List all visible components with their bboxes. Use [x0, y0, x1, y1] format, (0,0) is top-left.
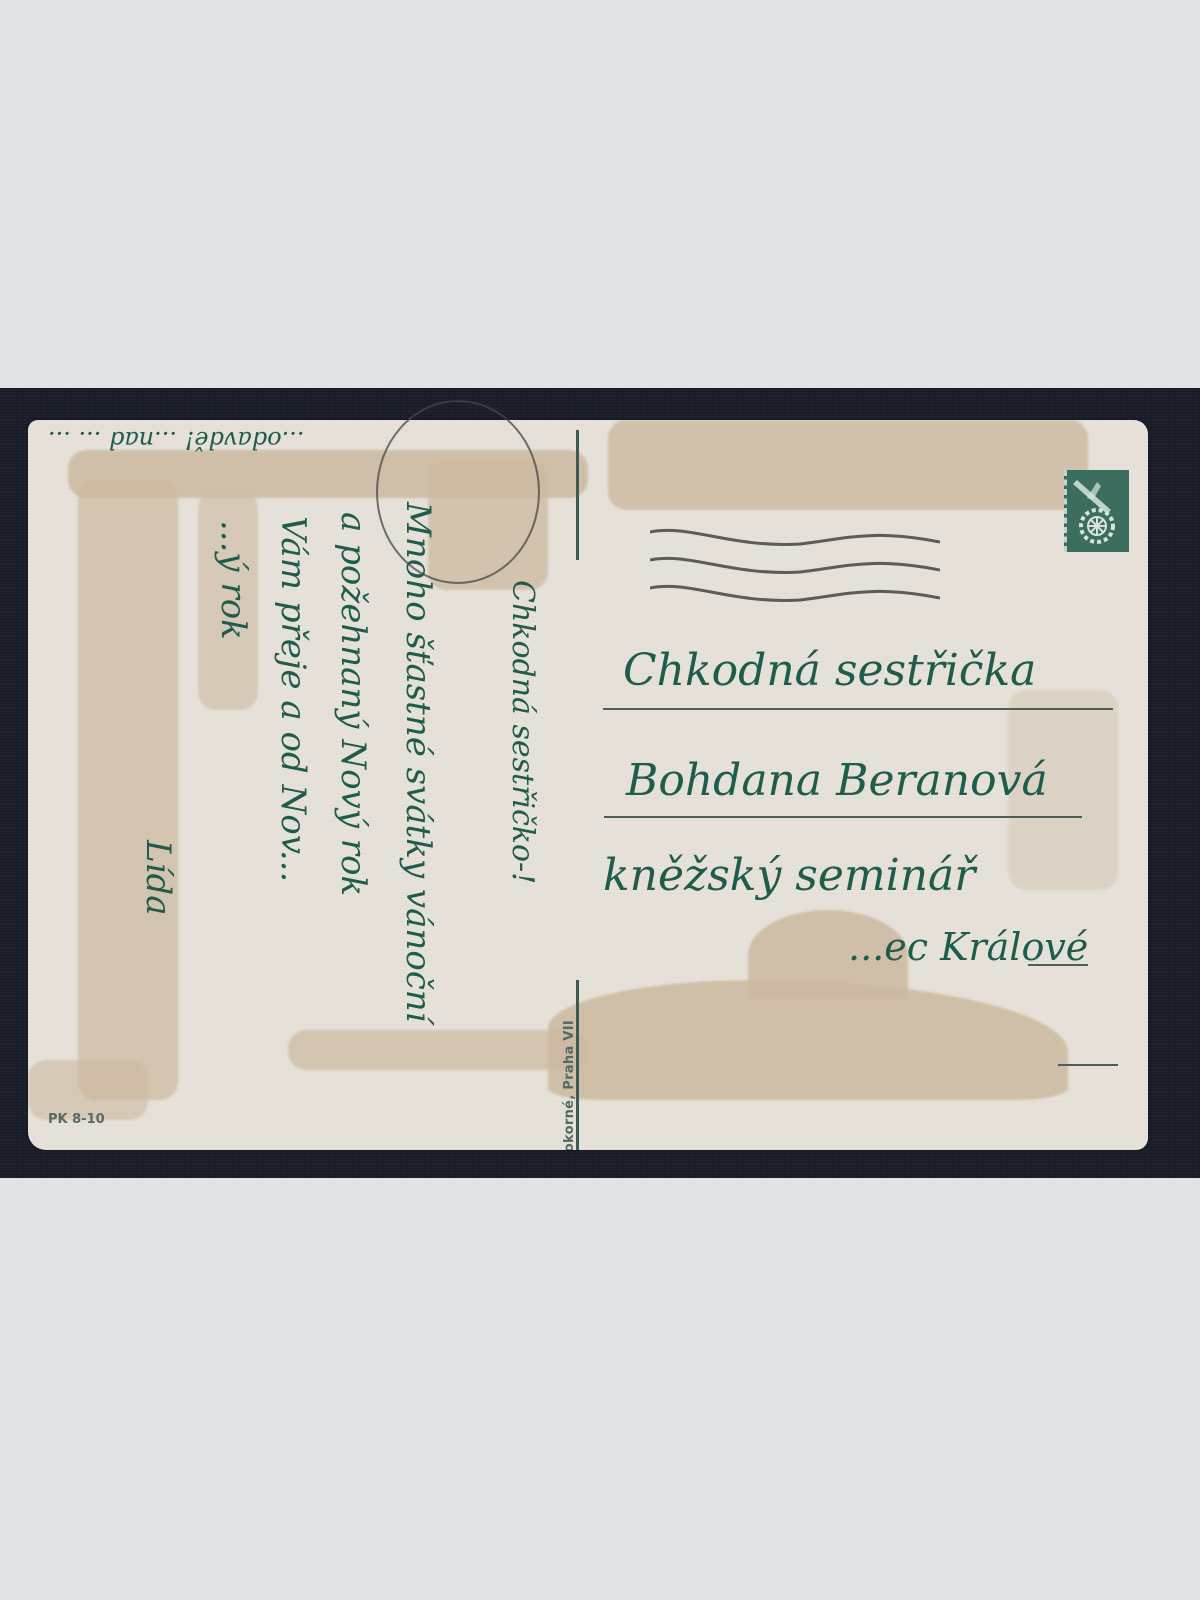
message-line-1: Mnoho šťastné svátky vánoční	[398, 502, 438, 1023]
tape-residue	[78, 480, 178, 1100]
message-line-2: a požehnaný Nový rok	[333, 512, 373, 896]
tape-residue	[608, 420, 1088, 510]
address-line-4: ...ec Králové	[848, 925, 1088, 969]
catalog-code: PK 8-10	[48, 1112, 105, 1127]
address-line-1: Chkodná sestřička	[623, 645, 1036, 696]
wavy-lines-cancellation-icon	[650, 520, 940, 610]
tape-residue	[288, 1030, 588, 1070]
message-greeting: Chkodná sestřičko-!	[505, 580, 540, 884]
postcard: Chkodná sestřička Bohdana Beranová kněžs…	[28, 420, 1148, 1150]
message-line-3: Vám přeje a od Nov...	[273, 516, 313, 882]
message-signature: Lída	[138, 840, 178, 916]
address-line-3: kněžský seminář	[603, 850, 975, 901]
address-rule	[1058, 1064, 1118, 1066]
address-rule	[603, 708, 1113, 710]
message-top-edge-note: ...odavdě! ...nad ... ...	[48, 426, 304, 454]
publisher-imprint: Nákladem Ludmily Pokorné, Praha VII	[562, 1020, 577, 1150]
message-line-4: ...ý rok	[213, 520, 253, 640]
divider-line	[576, 430, 579, 560]
tape-residue	[28, 1060, 148, 1120]
address-line-2: Bohdana Beranová	[626, 755, 1048, 806]
airplane-and-gear-stamp-icon	[1064, 470, 1129, 552]
address-rule	[604, 816, 1082, 818]
circular-postmark-icon	[376, 400, 540, 584]
